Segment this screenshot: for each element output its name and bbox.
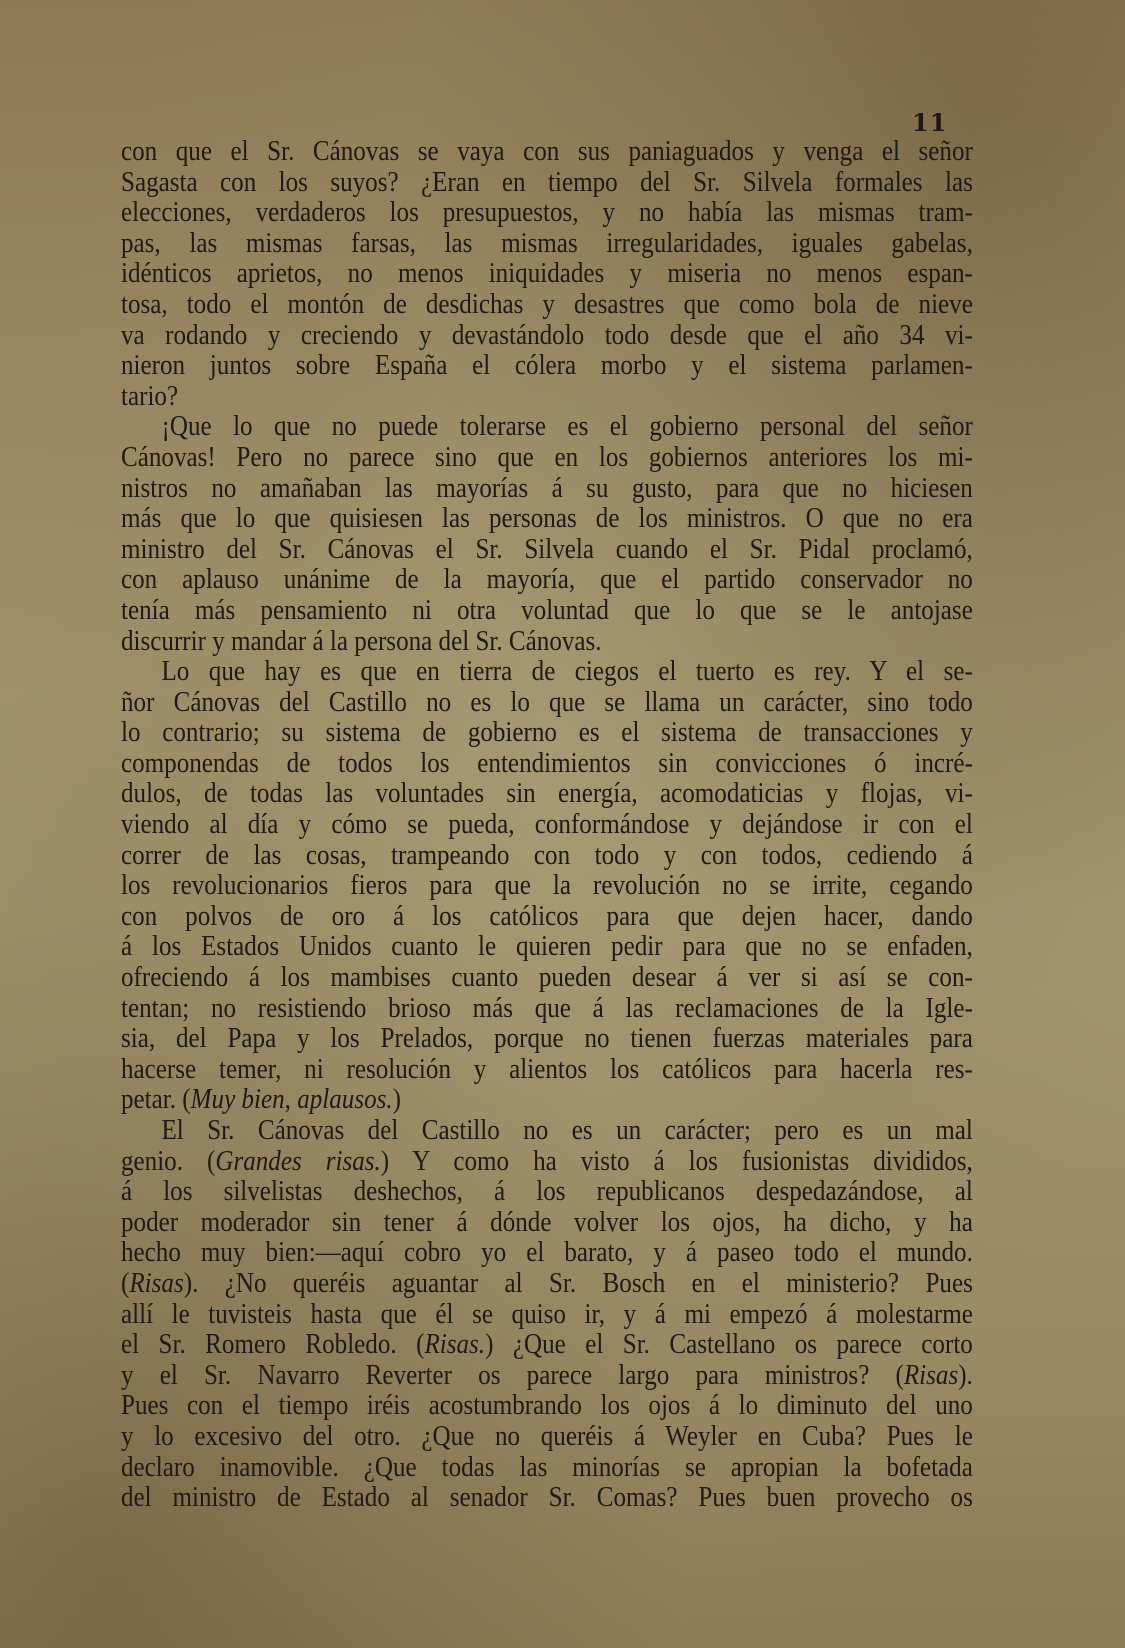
paragraph-start-line: ¡Que lo que no puede tolerarse es el gob…: [121, 412, 973, 443]
text-line: Sagasta con los suyos? ¿Eran en tiempo d…: [121, 168, 973, 199]
text-run: (: [121, 1268, 129, 1299]
text-line: á los Estados Unidos cuanto le quieren p…: [121, 932, 973, 963]
text-line: con aplauso unánime de la mayoría, que e…: [121, 565, 973, 596]
text-line: va rodando y creciendo y devastándolo to…: [121, 321, 973, 352]
stage-direction: Risas: [904, 1360, 958, 1391]
stage-direction: Risas: [129, 1268, 183, 1299]
text-run: ) Y como ha visto á los fusionistas divi…: [381, 1146, 973, 1177]
text-line-with-stage-direction: el Sr. Romero Robledo. (Risas.) ¿Que el …: [121, 1330, 973, 1361]
text-run: ).: [958, 1360, 973, 1391]
text-run: y el Sr. Navarro Reverter os parece larg…: [121, 1360, 904, 1391]
text-line: hecho muy bien:—aquí cobro yo el barato,…: [121, 1238, 973, 1269]
text-line: del ministro de Estado al senador Sr. Co…: [121, 1483, 973, 1514]
text-run: genio. (: [121, 1146, 215, 1177]
stage-direction: Grandes risas.: [215, 1146, 380, 1177]
text-line: allí le tuvisteis hasta que él se quiso …: [121, 1300, 973, 1331]
text-run: ). ¿No queréis aguantar al Sr. Bosch en …: [184, 1268, 973, 1299]
text-line-with-stage-direction: petar. (Muy bien, aplausos.): [121, 1085, 973, 1116]
text-line: discurrir y mandar á la persona del Sr. …: [121, 627, 973, 658]
text-line: componendas de todos los entendimientos …: [121, 749, 973, 780]
text-line: ñor Cánovas del Castillo no es lo que se…: [121, 688, 973, 719]
text-line: nieron juntos sobre España el cólera mor…: [121, 351, 973, 382]
text-line: tentan; no resistiendo brioso más que á …: [121, 994, 973, 1025]
text-run: petar. (: [121, 1084, 191, 1115]
text-line: con polvos de oro á los católicos para q…: [121, 902, 973, 933]
text-line: elecciones, verdaderos los presupuestos,…: [121, 198, 973, 229]
text-line: poder moderador sin tener á dónde volver…: [121, 1208, 973, 1239]
text-run: ) ¿Que el Sr. Castellano os parece corto: [485, 1329, 973, 1360]
text-run: ,: [285, 1084, 298, 1115]
stage-direction: aplausos.: [297, 1084, 392, 1115]
text-line-with-stage-direction: (Risas). ¿No queréis aguantar al Sr. Bos…: [121, 1269, 973, 1300]
text-run: el Sr. Romero Robledo. (: [121, 1329, 424, 1360]
text-line-with-stage-direction: genio. (Grandes risas.) Y como ha visto …: [121, 1147, 973, 1178]
stage-direction: Muy bien: [191, 1084, 285, 1115]
text-line: Pues con el tiempo iréis acostumbrando l…: [121, 1391, 973, 1422]
text-line: á los silvelistas deshechos, á los repub…: [121, 1177, 973, 1208]
text-line: tosa, todo el montón de desdichas y desa…: [121, 290, 973, 321]
stage-direction: Risas.: [424, 1329, 485, 1360]
paragraph-start-line: Lo que hay es que en tierra de ciegos el…: [121, 657, 973, 688]
text-line: con que el Sr. Cánovas se vaya con sus p…: [121, 137, 973, 168]
text-line: y lo excesivo del otro. ¿Que no queréis …: [121, 1422, 973, 1453]
text-line: correr de las cosas, trampeando con todo…: [121, 841, 973, 872]
text-line-with-stage-direction: y el Sr. Navarro Reverter os parece larg…: [121, 1361, 973, 1392]
scanned-book-page: 11 con que el Sr. Cánovas se vaya con su…: [0, 0, 1125, 1648]
text-line: pas, las mismas farsas, las mismas irreg…: [121, 229, 973, 260]
text-line: Cánovas! Pero no parece sino que en los …: [121, 443, 973, 474]
text-line: sia, del Papa y los Prelados, porque no …: [121, 1024, 973, 1055]
page-number: 11: [912, 108, 947, 137]
text-line: dulos, de todas las voluntades sin energ…: [121, 779, 973, 810]
text-line: tenía más pensamiento ni otra voluntad q…: [121, 596, 973, 627]
text-line: declaro inamovible. ¿Que todas las minor…: [121, 1453, 973, 1484]
text-line: lo contrario; su sistema de gobierno es …: [121, 718, 973, 749]
text-run: ): [393, 1084, 401, 1115]
text-line: ofreciendo á los mambises cuanto pueden …: [121, 963, 973, 994]
text-line: hacerse temer, ni resolución y alientos …: [121, 1055, 973, 1086]
text-line: viendo al día y cómo se pueda, conformán…: [121, 810, 973, 841]
text-line: más que lo que quisiesen las personas de…: [121, 504, 973, 535]
text-line: tario?: [121, 382, 973, 413]
text-line: nistros no amañaban las mayorías á su gu…: [121, 474, 973, 505]
paragraph-start-line: El Sr. Cánovas del Castillo no es un car…: [121, 1116, 973, 1147]
text-line: idénticos aprietos, no menos iniquidades…: [121, 259, 973, 290]
text-line: los revolucionarios fieros para que la r…: [121, 871, 973, 902]
body-text: con que el Sr. Cánovas se vaya con sus p…: [121, 137, 871, 1514]
text-line: ministro del Sr. Cánovas el Sr. Silvela …: [121, 535, 973, 566]
